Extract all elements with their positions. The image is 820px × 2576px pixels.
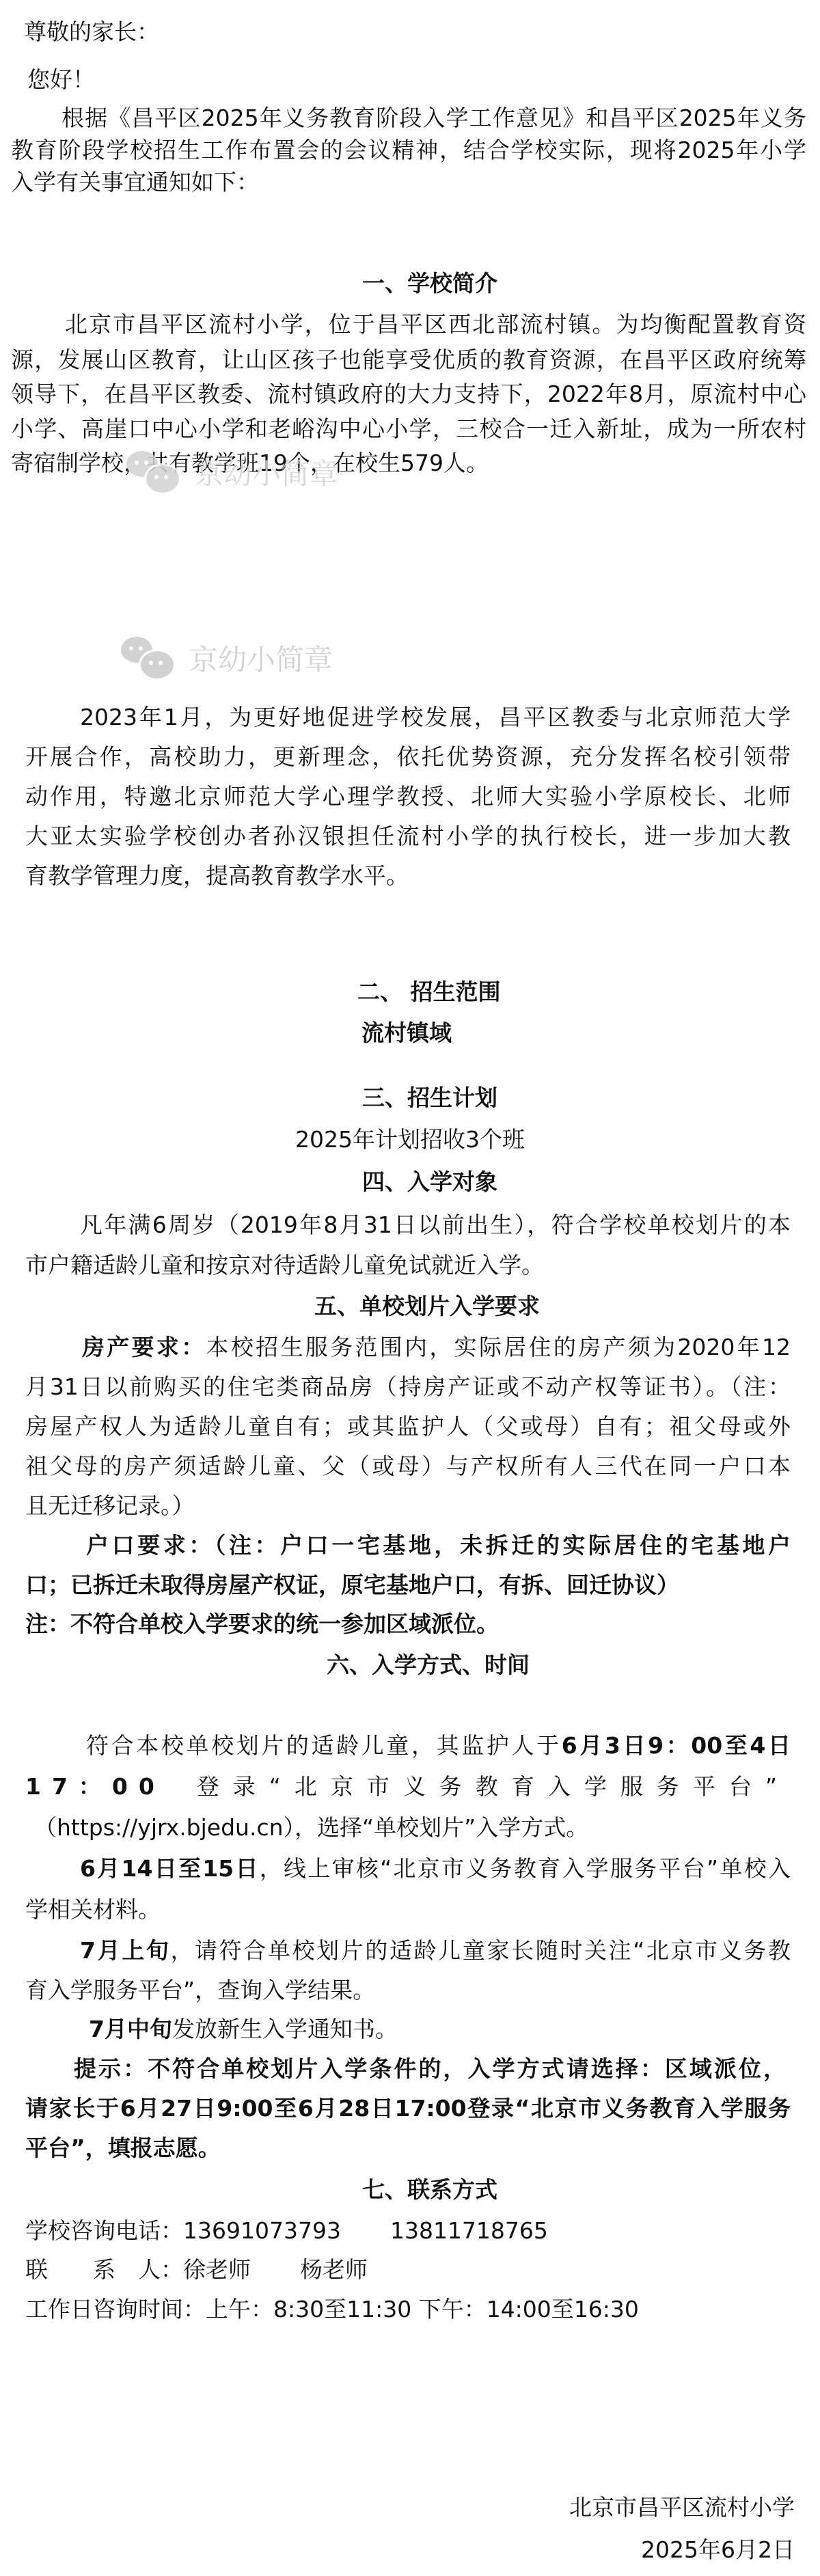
section-title-enrollment-scope: 二、 招生范围	[357, 978, 501, 1006]
signature-date: 2025年6月2日	[641, 2536, 795, 2564]
paragraph-line: 祖父母的房产须适龄儿童、父（或母）与产权所有人三代在同一户口本	[25, 1453, 791, 1480]
contact-line: 联 系 人：徐老师杨老师	[25, 2256, 791, 2284]
tip-line: 平台”，填报志愿。	[25, 2135, 791, 2162]
enrollment-scope-value: 流村镇域	[361, 1019, 452, 1047]
housing-label: 房产要求：	[82, 1334, 206, 1360]
contact-label: 联 系 人：	[25, 2256, 183, 2283]
wechat-icon	[121, 637, 174, 679]
contact-person: 徐老师	[183, 2256, 251, 2283]
intro-line: 根据《昌平区2025年义务教育阶段入学工作意见》和昌平区2025年义务	[61, 105, 806, 132]
date-range: 7月中旬	[89, 2016, 172, 2042]
text: ，请符合单校划片的适龄儿童家长随时关注“北京市义务教	[170, 1937, 791, 1964]
paragraph-line: 北京市昌平区流村小学，位于昌平区西北部流村镇。为均衡配置教育资	[65, 311, 806, 338]
date-range: 6月3日9：00至4日	[562, 1732, 791, 1759]
text: 符合本校单校划片的适龄儿童，其监护人于	[86, 1732, 562, 1759]
paragraph-line: 开展合作，高校助力，更新理念，依托优势资源，充分发挥名校引领带	[25, 743, 791, 771]
paragraph-line: 领导下，在昌平区教委、流村镇政府的大力支持下，2022年8月，原流村中心	[11, 381, 806, 408]
paragraph-line: 且无迁移记录。）	[25, 1492, 791, 1520]
paragraph-line: 2023年1月，为更好地促进学校发展，昌平区教委与北京师范大学	[80, 704, 791, 731]
section-title-contact: 七、联系方式	[362, 2176, 497, 2204]
intro-line: 教育阶段学校招生工作布置会的会议精神，结合学校实际，现将2025年小学	[11, 137, 806, 164]
zoning-note: 注：不符合单校入学要求的统一参加区域派位。	[25, 1611, 791, 1638]
paragraph-line: 7月上旬，请符合单校划片的适龄儿童家长随时关注“北京市义务教	[80, 1937, 791, 1964]
greeting: 尊敬的家长：	[24, 18, 159, 46]
housing-requirement-line: 房产要求：本校招生服务范围内，实际居住的房产须为2020年12	[82, 1334, 791, 1361]
hours-value: 上午：8:30至11:30 下午：14:00至16:30	[206, 2296, 639, 2322]
section-title-enrollment-plan: 三、招生计划	[362, 1084, 497, 1112]
section-title-zoning-requirements: 五、单校划片入学要求	[314, 1293, 540, 1320]
platform-text: 登录“北京市义务教育入学服务平台”	[197, 1773, 791, 1800]
section-title-school-intro: 一、学校简介	[362, 270, 497, 297]
paragraph-line: 大亚太实验学校创办者孙汉银担任流村小学的执行校长，进一步加大教	[25, 823, 791, 850]
enrollment-plan-value: 2025年计划招收3个班	[0, 1126, 820, 1153]
paragraph-line: 小学、高崖口中心小学和老峪沟中心小学，三校合一迁入新址，成为一所农村	[11, 415, 806, 443]
text: ，线上审核“北京市义务教育入学服务平台”单校入	[260, 1855, 791, 1882]
paragraph-line: 符合本校单校划片的适龄儿童，其监护人于6月3日9：00至4日	[86, 1732, 791, 1759]
paragraph-line: 房屋产权人为适龄儿童自有；或其监护人（父或母）自有；祖父母或外	[25, 1413, 791, 1440]
paragraph-line: 市户籍适龄儿童和按京对待适龄儿童免试就近入学。	[25, 1252, 791, 1279]
phone-number[interactable]: 13811718765	[390, 2217, 548, 2244]
phone-label: 学校咨询电话：	[25, 2217, 183, 2244]
hours-label: 工作日咨询时间：	[25, 2296, 206, 2322]
section-title-admission-target: 四、入学对象	[362, 1168, 497, 1196]
paragraph-line: 凡年满6周岁（2019年8月31日以前出生），符合学校单校划片的本	[80, 1211, 791, 1239]
intro-line: 入学有关事宜通知如下：	[11, 169, 806, 196]
paragraph-line: 月31日以前购买的住宅类商品房（持房产证或不动产权等证书）。（注：	[25, 1373, 791, 1401]
hours-line: 工作日咨询时间：上午：8:30至11:30 下午：14:00至16:30	[25, 2296, 791, 2323]
wechat-icon	[126, 451, 180, 493]
section-title-admission-method: 六、入学方式、时间	[327, 1652, 530, 1679]
paragraph-line: 动作用，特邀北京师范大学心理学教授、北师大实验小学原校长、北师	[25, 783, 791, 810]
time: 17：00	[25, 1773, 165, 1800]
date-range: 6月14日至15日	[80, 1855, 260, 1882]
signature-school: 北京市昌平区流村小学	[569, 2494, 795, 2521]
tip-line: 请家长于6月27日9:00至6月28日17:00登录“北京市义务教育入学服务	[25, 2095, 791, 2122]
hukou-requirement-line: 口；已拆迁未取得房屋产权证，原宅基地户口，有拆、回迁协议）	[25, 1572, 791, 1599]
date-range: 7月上旬	[80, 1937, 170, 1964]
paragraph-line: 7月中旬发放新生入学通知书。	[89, 2016, 398, 2043]
tip-line: 提示：不符合单校划片入学条件的，入学方式请选择：区域派位，	[74, 2055, 786, 2083]
phone-number[interactable]: 13691073793	[183, 2217, 341, 2244]
paragraph-line: 育教学管理力度，提高教育教学水平。	[25, 862, 791, 890]
hello: 您好！	[27, 66, 95, 94]
platform-url-line[interactable]: （https://yjrx.bjedu.cn），选择“单校划片”入学方式。	[34, 1814, 588, 1841]
paragraph-line: 育入学服务平台”，查询入学结果。	[25, 1977, 791, 2004]
watermark: 京幼小简章	[126, 451, 338, 493]
housing-text: 本校招生服务范围内，实际居住的房产须为2020年12	[206, 1334, 791, 1360]
phone-line: 学校咨询电话：1369107379313811718765	[25, 2217, 791, 2245]
contact-person: 杨老师	[300, 2256, 368, 2283]
watermark-text: 京幼小简章	[195, 452, 338, 493]
paragraph-line: 学相关材料。	[25, 1896, 791, 1923]
watermark: 京幼小简章	[121, 637, 333, 679]
paragraph-line: 6月14日至15日，线上审核“北京市义务教育入学服务平台”单校入	[80, 1855, 791, 1882]
paragraph-line: 源，发展山区教育，让山区孩子也能享受优质的教育资源，在昌平区政府统筹	[11, 346, 806, 374]
watermark-text: 京幼小简章	[189, 638, 333, 679]
paragraph-line: 17：00 登录“北京市义务教育入学服务平台”	[25, 1773, 791, 1800]
hukou-requirement-line: 户口要求：（注：户口一宅基地，未拆迁的实际居住的宅基地户	[86, 1532, 791, 1559]
text: 发放新生入学通知书。	[172, 2016, 398, 2042]
